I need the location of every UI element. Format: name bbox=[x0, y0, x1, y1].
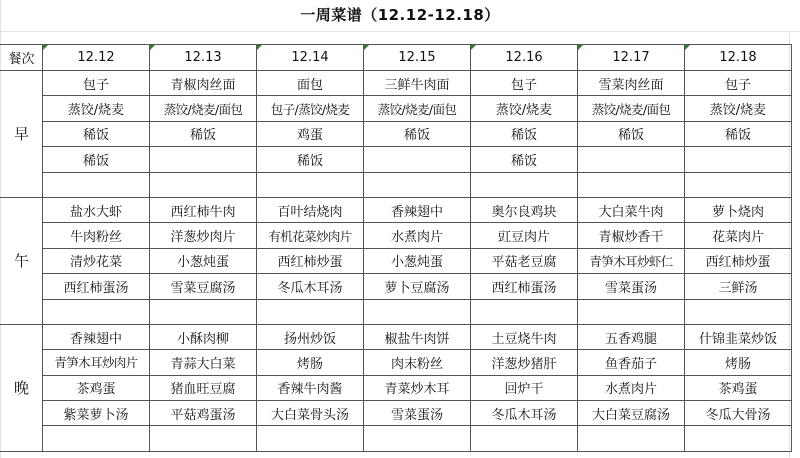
empty-cell[interactable] bbox=[792, 121, 800, 146]
empty-cell[interactable] bbox=[792, 350, 800, 375]
meal-column-header[interactable]: 餐次 bbox=[1, 45, 43, 71]
cell-comment-marker-icon bbox=[685, 45, 690, 50]
dish-cell[interactable]: 烤肠 bbox=[685, 350, 792, 375]
empty-cell[interactable] bbox=[471, 172, 578, 197]
dish-cell[interactable]: 雪菜豆腐汤 bbox=[150, 274, 257, 299]
empty-cell[interactable] bbox=[578, 426, 685, 451]
empty-cell[interactable] bbox=[150, 299, 257, 324]
dish-cell[interactable]: 清炒花菜 bbox=[43, 248, 150, 273]
header-row: 餐次 12.12 12.13 12.14 12.15 12.16 12.17 1… bbox=[1, 45, 800, 71]
empty-cell[interactable] bbox=[685, 147, 792, 172]
empty-cell[interactable] bbox=[792, 426, 800, 451]
date-header-12-15[interactable]: 12.15 bbox=[364, 45, 471, 71]
empty-spacer-row[interactable] bbox=[0, 31, 800, 45]
empty-cell[interactable] bbox=[150, 147, 257, 172]
dish-cell[interactable]: 烤肠 bbox=[257, 350, 364, 375]
dish-cell[interactable]: 小葱炖蛋 bbox=[150, 248, 257, 273]
dish-cell[interactable]: 蒸饺/烧麦/面包 bbox=[578, 96, 685, 121]
dish-cell[interactable]: 包子/蒸饺/烧麦 bbox=[257, 96, 364, 121]
cell-comment-marker-icon bbox=[471, 45, 476, 50]
empty-cell[interactable] bbox=[471, 299, 578, 324]
empty-cell[interactable] bbox=[257, 299, 364, 324]
dish-cell[interactable]: 西红柿炒蛋 bbox=[685, 248, 792, 273]
dish-cell[interactable]: 扬州炒饭 bbox=[257, 324, 364, 349]
dish-cell[interactable]: 青椒炒香干 bbox=[578, 223, 685, 248]
dish-cell[interactable]: 青笋木耳炒虾仁 bbox=[578, 248, 685, 273]
weekly-menu-table: 餐次 12.12 12.13 12.14 12.15 12.16 12.17 1… bbox=[0, 44, 800, 452]
empty-cell[interactable] bbox=[792, 96, 800, 121]
dish-cell[interactable]: 三鲜牛肉面 bbox=[364, 71, 471, 96]
dish-cell[interactable]: 稀饭 bbox=[257, 147, 364, 172]
dish-cell[interactable]: 西红柿蛋汤 bbox=[471, 274, 578, 299]
cell-comment-marker-icon bbox=[364, 45, 369, 50]
cell-comment-marker-icon bbox=[150, 45, 155, 50]
meal-label-lunch[interactable]: 午 bbox=[1, 197, 43, 324]
empty-cell[interactable] bbox=[792, 274, 800, 299]
empty-cell[interactable] bbox=[792, 401, 800, 426]
dinner-row: 青笋木耳炒肉片青蒜大白菜烤肠肉末粉丝洋葱炒猪肝鱼香茄子烤肠 bbox=[1, 350, 800, 375]
dish-cell[interactable]: 大白菜牛肉 bbox=[578, 197, 685, 222]
dish-cell[interactable]: 什锦韭菜炒饭 bbox=[685, 324, 792, 349]
cell-comment-marker-icon bbox=[257, 45, 262, 50]
lunch-row: 牛肉粉丝洋葱炒肉片有机花菜炒肉片水煮肉片豇豆肉片青椒炒香干花菜肉片 bbox=[1, 223, 800, 248]
dish-cell[interactable]: 牛肉粉丝 bbox=[43, 223, 150, 248]
lunch-row: 清炒花菜小葱炖蛋西红柿炒蛋小葱炖蛋平菇老豆腐青笋木耳炒虾仁西红柿炒蛋 bbox=[1, 248, 800, 273]
dish-cell[interactable]: 包子 bbox=[685, 71, 792, 96]
lunch-row bbox=[1, 299, 800, 324]
dish-cell[interactable]: 稀饭 bbox=[43, 147, 150, 172]
empty-cell[interactable] bbox=[685, 299, 792, 324]
dish-cell[interactable]: 回炉干 bbox=[471, 375, 578, 400]
dish-cell[interactable]: 猪血旺豆腐 bbox=[150, 375, 257, 400]
empty-cell[interactable] bbox=[685, 172, 792, 197]
dish-cell[interactable]: 稀饭 bbox=[364, 121, 471, 146]
dish-cell[interactable]: 萝卜豆腐汤 bbox=[364, 274, 471, 299]
dinner-row: 茶鸡蛋猪血旺豆腐香辣牛肉酱青菜炒木耳回炉干水煮肉片茶鸡蛋 bbox=[1, 375, 800, 400]
empty-cell[interactable] bbox=[792, 248, 800, 273]
dish-cell[interactable]: 稀饭 bbox=[43, 121, 150, 146]
empty-cell[interactable] bbox=[792, 172, 800, 197]
breakfast-row: 稀饭稀饭稀饭 bbox=[1, 147, 800, 172]
dish-cell[interactable]: 大白菜骨头汤 bbox=[257, 401, 364, 426]
breakfast-row bbox=[1, 172, 800, 197]
empty-cell[interactable] bbox=[43, 172, 150, 197]
dish-cell[interactable]: 稀饭 bbox=[578, 121, 685, 146]
dish-cell[interactable]: 花菜肉片 bbox=[685, 223, 792, 248]
dish-cell[interactable]: 水煮肉片 bbox=[578, 375, 685, 400]
breakfast-row: 蒸饺/烧麦蒸饺/烧麦/面包包子/蒸饺/烧麦蒸饺/烧麦/面包蒸饺/烧麦蒸饺/烧麦/… bbox=[1, 96, 800, 121]
dish-cell[interactable]: 茶鸡蛋 bbox=[43, 375, 150, 400]
dish-cell[interactable]: 青蒜大白菜 bbox=[150, 350, 257, 375]
dinner-row: 紫菜萝卜汤平菇鸡蛋汤大白菜骨头汤雪菜蛋汤冬瓜木耳汤大白菜豆腐汤冬瓜大骨汤 bbox=[1, 401, 800, 426]
dish-cell[interactable]: 椒盐牛肉饼 bbox=[364, 324, 471, 349]
empty-cell[interactable] bbox=[792, 223, 800, 248]
cell-comment-marker-icon bbox=[578, 45, 583, 50]
dish-cell[interactable]: 冬瓜大骨汤 bbox=[685, 401, 792, 426]
dish-cell[interactable]: 百叶结烧肉 bbox=[257, 197, 364, 222]
date-header-12-12[interactable]: 12.12 bbox=[43, 45, 150, 71]
dish-cell[interactable]: 雪菜蛋汤 bbox=[364, 401, 471, 426]
date-header-12-13[interactable]: 12.13 bbox=[150, 45, 257, 71]
dish-cell[interactable]: 洋葱炒肉片 bbox=[150, 223, 257, 248]
date-header-12-16[interactable]: 12.16 bbox=[471, 45, 578, 71]
dish-cell[interactable]: 包子 bbox=[471, 71, 578, 96]
dish-cell[interactable]: 稀饭 bbox=[471, 147, 578, 172]
dish-cell[interactable]: 冬瓜木耳汤 bbox=[471, 401, 578, 426]
dish-cell[interactable]: 青椒肉丝面 bbox=[150, 71, 257, 96]
dish-cell[interactable]: 洋葱炒猪肝 bbox=[471, 350, 578, 375]
empty-cell[interactable] bbox=[792, 299, 800, 324]
empty-cell[interactable] bbox=[792, 197, 800, 222]
dish-cell[interactable]: 茶鸡蛋 bbox=[685, 375, 792, 400]
empty-cell[interactable] bbox=[792, 147, 800, 172]
dish-cell[interactable]: 青菜炒木耳 bbox=[364, 375, 471, 400]
dish-cell[interactable]: 包子 bbox=[43, 71, 150, 96]
dish-cell[interactable]: 稀饭 bbox=[685, 121, 792, 146]
dish-cell[interactable]: 青笋木耳炒肉片 bbox=[43, 350, 150, 375]
empty-cell[interactable] bbox=[578, 299, 685, 324]
dish-cell[interactable]: 蒸饺/烧麦 bbox=[685, 96, 792, 121]
dish-cell[interactable]: 冬瓜木耳汤 bbox=[257, 274, 364, 299]
empty-cell[interactable] bbox=[792, 45, 800, 71]
date-header-12-14[interactable]: 12.14 bbox=[257, 45, 364, 71]
dish-cell[interactable]: 鱼香茄子 bbox=[578, 350, 685, 375]
dish-cell[interactable]: 水煮肉片 bbox=[364, 223, 471, 248]
dish-cell[interactable]: 大白菜豆腐汤 bbox=[578, 401, 685, 426]
empty-cell[interactable] bbox=[150, 426, 257, 451]
dish-cell[interactable]: 蒸饺/烧麦 bbox=[471, 96, 578, 121]
meal-label-breakfast[interactable]: 早 bbox=[1, 71, 43, 198]
dish-cell[interactable]: 紫菜萝卜汤 bbox=[43, 401, 150, 426]
dish-cell[interactable]: 小酥肉柳 bbox=[150, 324, 257, 349]
empty-cell[interactable] bbox=[685, 426, 792, 451]
dish-cell[interactable]: 萝卜烧肉 bbox=[685, 197, 792, 222]
lunch-row: 午盐水大虾西红柿牛肉百叶结烧肉香辣翅中奥尔良鸡块大白菜牛肉萝卜烧肉 bbox=[1, 197, 800, 222]
date-header-12-17[interactable]: 12.17 bbox=[578, 45, 685, 71]
empty-cell[interactable] bbox=[364, 426, 471, 451]
dish-cell[interactable]: 平菇鸡蛋汤 bbox=[150, 401, 257, 426]
cell-comment-marker-icon bbox=[43, 45, 48, 50]
dinner-row: 晚香辣翅中小酥肉柳扬州炒饭椒盐牛肉饼土豆烧牛肉五香鸡腿什锦韭菜炒饭 bbox=[1, 324, 800, 349]
dish-cell[interactable]: 有机花菜炒肉片 bbox=[257, 223, 364, 248]
dish-cell[interactable]: 豇豆肉片 bbox=[471, 223, 578, 248]
empty-cell[interactable] bbox=[792, 324, 800, 349]
dinner-row bbox=[1, 426, 800, 451]
dish-cell[interactable]: 平菇老豆腐 bbox=[471, 248, 578, 273]
breakfast-row: 早包子青椒肉丝面面包三鲜牛肉面包子雪菜肉丝面包子 bbox=[1, 71, 800, 96]
meal-label-dinner[interactable]: 晚 bbox=[1, 324, 43, 451]
dish-cell[interactable]: 蒸饺/烧麦/面包 bbox=[150, 96, 257, 121]
dish-cell[interactable]: 蒸饺/烧麦/面包 bbox=[364, 96, 471, 121]
dish-cell[interactable]: 香辣牛肉酱 bbox=[257, 375, 364, 400]
empty-cell[interactable] bbox=[150, 172, 257, 197]
empty-cell[interactable] bbox=[792, 375, 800, 400]
dish-cell[interactable]: 三鲜汤 bbox=[685, 274, 792, 299]
dish-cell[interactable]: 雪菜蛋汤 bbox=[578, 274, 685, 299]
dish-cell[interactable]: 奥尔良鸡块 bbox=[471, 197, 578, 222]
dish-cell[interactable]: 稀饭 bbox=[471, 121, 578, 146]
empty-cell[interactable] bbox=[257, 172, 364, 197]
empty-cell[interactable] bbox=[257, 426, 364, 451]
dish-cell[interactable]: 小葱炖蛋 bbox=[364, 248, 471, 273]
dish-cell[interactable]: 盐水大虾 bbox=[43, 197, 150, 222]
lunch-row: 西红柿蛋汤雪菜豆腐汤冬瓜木耳汤萝卜豆腐汤西红柿蛋汤雪菜蛋汤三鲜汤 bbox=[1, 274, 800, 299]
empty-cell[interactable] bbox=[578, 147, 685, 172]
date-header-12-18[interactable]: 12.18 bbox=[685, 45, 792, 71]
dish-cell[interactable]: 香辣翅中 bbox=[43, 324, 150, 349]
empty-cell[interactable] bbox=[792, 71, 800, 96]
empty-cell[interactable] bbox=[43, 299, 150, 324]
dish-cell[interactable]: 雪菜肉丝面 bbox=[578, 71, 685, 96]
breakfast-row: 稀饭稀饭鸡蛋稀饭稀饭稀饭稀饭 bbox=[1, 121, 800, 146]
empty-cell[interactable] bbox=[43, 426, 150, 451]
empty-cell[interactable] bbox=[364, 172, 471, 197]
dish-cell[interactable]: 五香鸡腿 bbox=[578, 324, 685, 349]
dish-cell[interactable]: 香辣翅中 bbox=[364, 197, 471, 222]
empty-cell[interactable] bbox=[471, 426, 578, 451]
dish-cell[interactable]: 西红柿蛋汤 bbox=[43, 274, 150, 299]
empty-cell[interactable] bbox=[364, 299, 471, 324]
dish-cell[interactable]: 肉末粉丝 bbox=[364, 350, 471, 375]
dish-cell[interactable]: 土豆烧牛肉 bbox=[471, 324, 578, 349]
page-title: 一周菜谱（12.12-12.18） bbox=[0, 0, 800, 31]
dish-cell[interactable]: 鸡蛋 bbox=[257, 121, 364, 146]
dish-cell[interactable]: 面包 bbox=[257, 71, 364, 96]
dish-cell[interactable]: 稀饭 bbox=[150, 121, 257, 146]
dish-cell[interactable]: 西红柿牛肉 bbox=[150, 197, 257, 222]
dish-cell[interactable]: 蒸饺/烧麦 bbox=[43, 96, 150, 121]
empty-cell[interactable] bbox=[578, 172, 685, 197]
dish-cell[interactable]: 西红柿炒蛋 bbox=[257, 248, 364, 273]
empty-cell[interactable] bbox=[364, 147, 471, 172]
